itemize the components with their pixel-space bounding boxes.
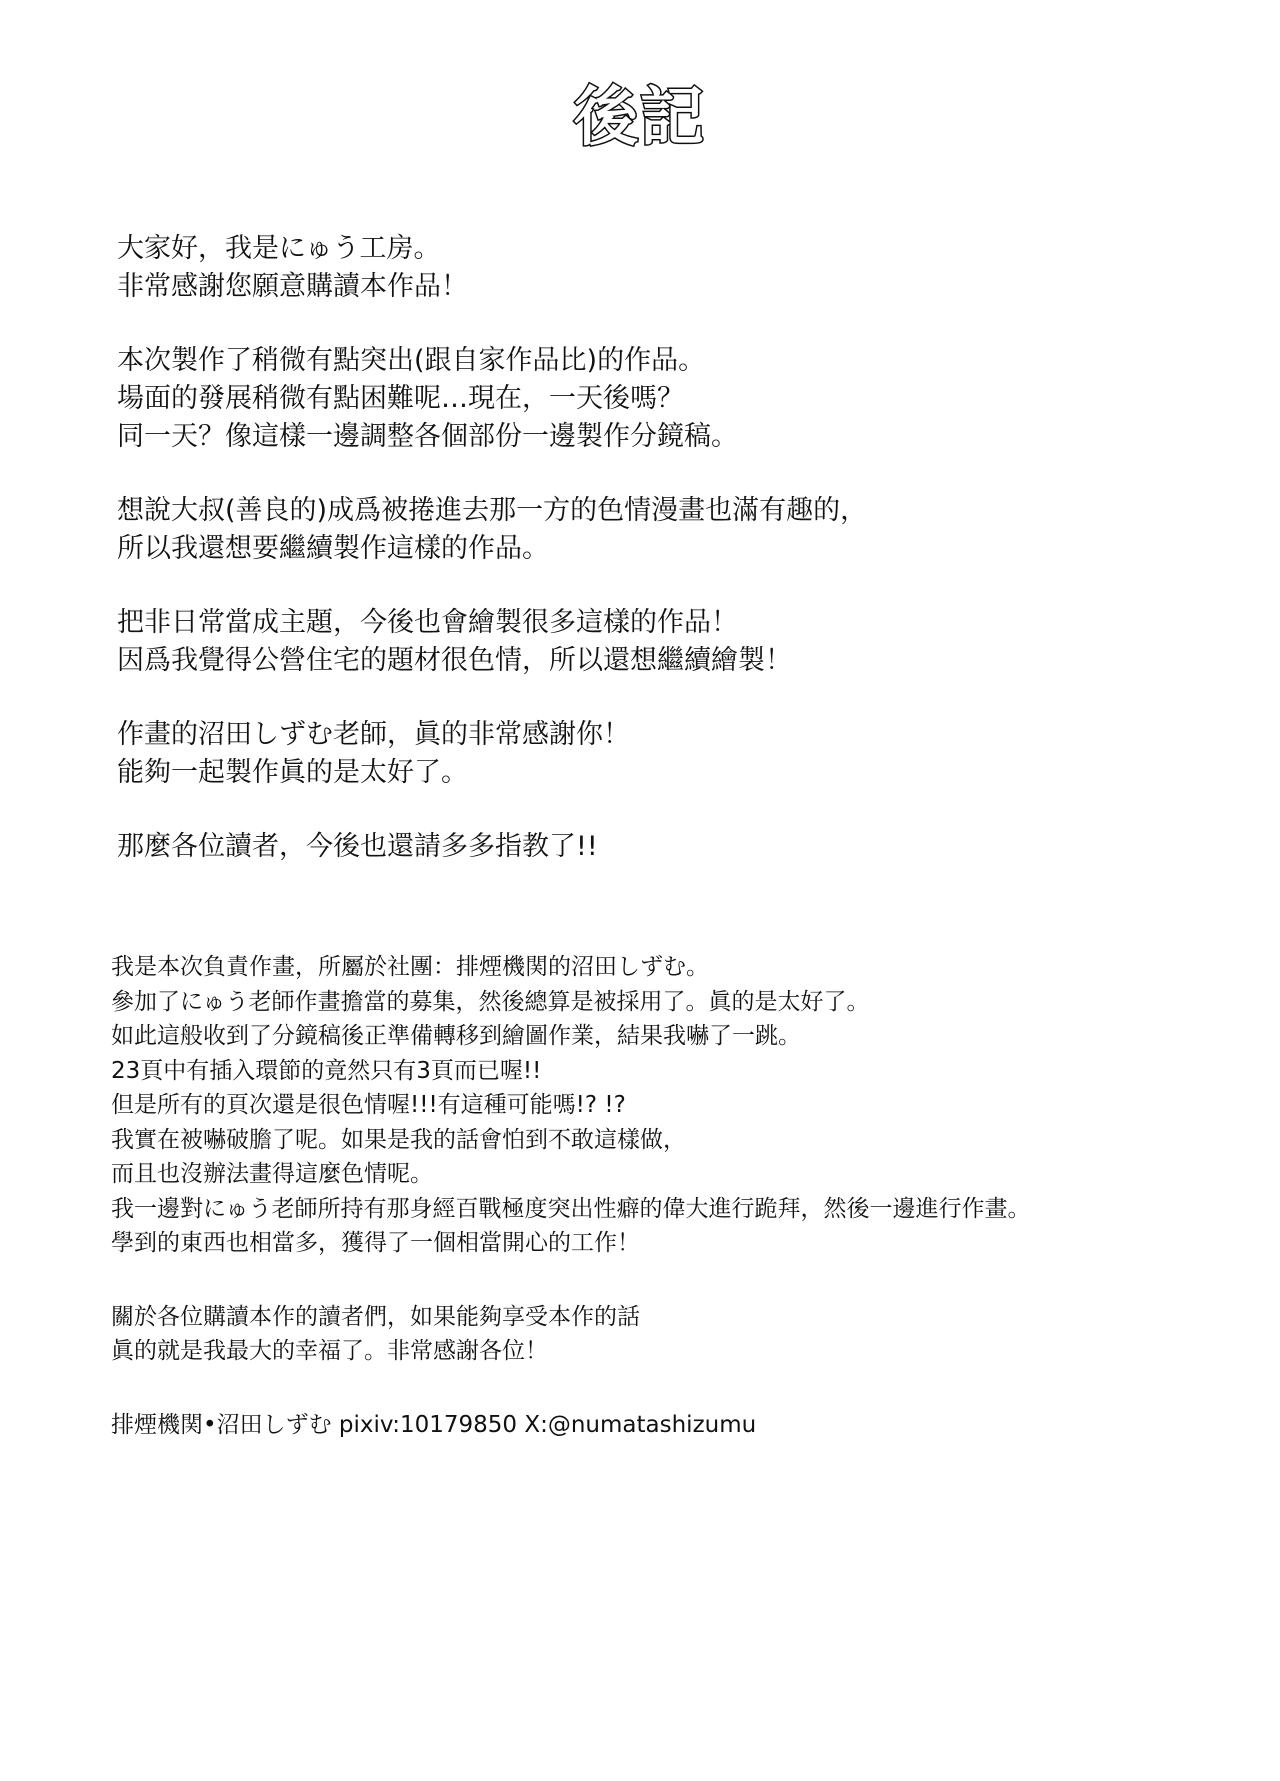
artist-paragraph-2: 關於各位購讀本作的讀者們，如果能夠享受本作的話 眞的就是我最大的幸福了。非常感謝… <box>111 1300 1261 1369</box>
page-title: 後記 <box>0 78 1280 158</box>
text-line: 關於各位購讀本作的讀者們，如果能夠享受本作的話 <box>111 1300 1261 1335</box>
text-line: 場面的發展稍微有點困難呢…現在，一天後嗎？ <box>117 380 1217 418</box>
text-line: 眞的就是我最大的幸福了。非常感謝各位！ <box>111 1334 1261 1369</box>
text-line: 非常感謝您願意購讀本作品！ <box>117 268 1217 306</box>
artist-paragraph-1: 我是本次負責作畫，所屬於社團：排煙機関的沼田しずむ。 參加了にゅう老師作畫擔當的… <box>111 950 1261 1261</box>
afterword-page: 後記 大家好，我是にゅう工房。 非常感謝您願意購讀本作品！ 本次製作了稍微有點突… <box>0 0 1280 1781</box>
author-paragraph-4: 把非日常當成主題，今後也會繪製很多這樣的作品！ 因爲我覺得公營住宅的題材很色情，… <box>117 604 1217 680</box>
author-paragraph-2: 本次製作了稍微有點突出(跟自家作品比)的作品。 場面的發展稍微有點困難呢…現在，… <box>117 342 1217 456</box>
author-paragraph-3: 想說大叔(善良的)成爲被捲進去那一方的色情漫畫也滿有趣的， 所以我還想要繼續製作… <box>117 492 1217 568</box>
text-line: 我一邊對にゅう老師所持有那身經百戰極度突出性癖的偉大進行跪拜，然後一邊進行作畫。 <box>111 1192 1261 1227</box>
text-line: 我是本次負責作畫，所屬於社團：排煙機関的沼田しずむ。 <box>111 950 1261 985</box>
text-line: 我實在被嚇破膽了呢。如果是我的話會怕到不敢這樣做， <box>111 1123 1261 1158</box>
text-line: 那麼各位讀者，今後也還請多多指教了!! <box>117 828 1217 866</box>
text-line: 所以我還想要繼續製作這樣的作品。 <box>117 530 1217 568</box>
text-line: 作畫的沼田しずむ老師，眞的非常感謝你！ <box>117 716 1217 754</box>
text-line: 但是所有的頁次還是很色情喔!!!有這種可能嗎!? !? <box>111 1088 1261 1123</box>
author-paragraph-1: 大家好，我是にゅう工房。 非常感謝您願意購讀本作品！ <box>117 230 1217 306</box>
text-line: 本次製作了稍微有點突出(跟自家作品比)的作品。 <box>117 342 1217 380</box>
text-line: 能夠一起製作眞的是太好了。 <box>117 754 1217 792</box>
text-line: 而且也沒辦法畫得這麼色情呢。 <box>111 1157 1261 1192</box>
text-line: 因爲我覺得公營住宅的題材很色情，所以還想繼續繪製！ <box>117 642 1217 680</box>
text-line: 23頁中有插入環節的竟然只有3頁而已喔!! <box>111 1054 1261 1089</box>
author-paragraph-5: 作畫的沼田しずむ老師，眞的非常感謝你！ 能夠一起製作眞的是太好了。 <box>117 716 1217 792</box>
text-line: 如此這般收到了分鏡稿後正準備轉移到繪圖作業，結果我嚇了一跳。 <box>111 1019 1261 1054</box>
artist-credit: 排煙機関•沼田しずむ pixiv:10179850 X:@numatashizu… <box>111 1408 1261 1442</box>
text-line: 學到的東西也相當多，獲得了一個相當開心的工作！ <box>111 1226 1261 1261</box>
text-line: 大家好，我是にゅう工房。 <box>117 230 1217 268</box>
text-line: 同一天？像這樣一邊調整各個部份一邊製作分鏡稿。 <box>117 418 1217 456</box>
artist-note: 我是本次負責作畫，所屬於社團：排煙機関的沼田しずむ。 參加了にゅう老師作畫擔當的… <box>111 950 1261 1442</box>
text-line: 參加了にゅう老師作畫擔當的募集，然後總算是被採用了。眞的是太好了。 <box>111 985 1261 1020</box>
author-note: 大家好，我是にゅう工房。 非常感謝您願意購讀本作品！ 本次製作了稍微有點突出(跟… <box>117 230 1217 902</box>
text-line: 想說大叔(善良的)成爲被捲進去那一方的色情漫畫也滿有趣的， <box>117 492 1217 530</box>
author-paragraph-6: 那麼各位讀者，今後也還請多多指教了!! <box>117 828 1217 866</box>
text-line: 把非日常當成主題，今後也會繪製很多這樣的作品！ <box>117 604 1217 642</box>
